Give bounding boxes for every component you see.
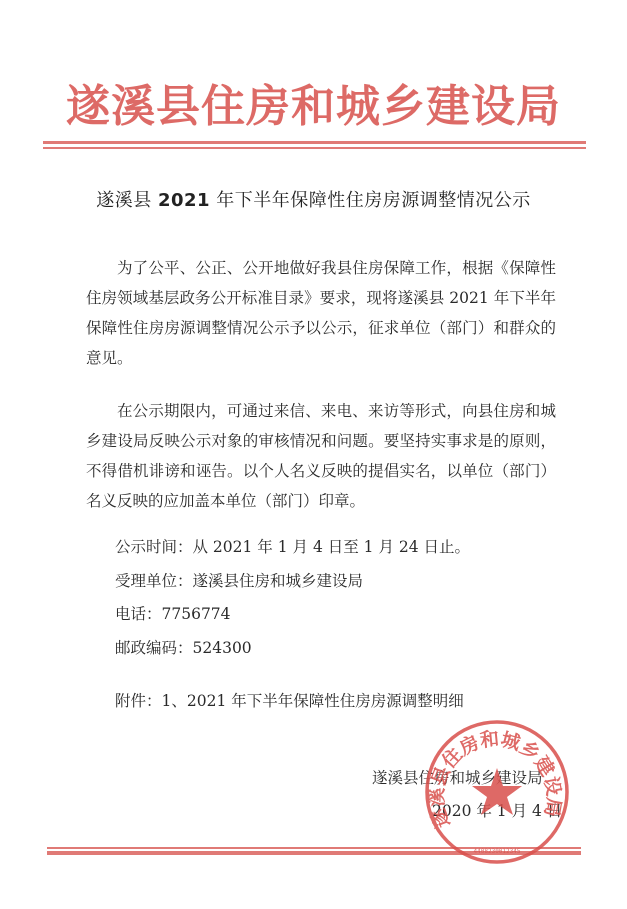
letterhead-divider-thin xyxy=(43,147,586,149)
attachment-line: 附件：1、2021 年下半年保障性住房房源调整明细 xyxy=(115,689,464,711)
handling-unit: 受理单位：遂溪县住房和城乡建设局 xyxy=(115,569,363,591)
title-prefix: 遂溪县 xyxy=(96,190,152,211)
letterhead-title: 遂溪县住房和城乡建设局 xyxy=(0,82,627,132)
official-seal-icon: 遂溪县住房和城乡建设局 4408230012345 xyxy=(423,718,571,866)
paragraph-feedback: 在公示期限内，可通过来信、来电、来访等形式，向县住房和城乡建设局反映公示对象的审… xyxy=(86,396,556,516)
title-year: 2021 xyxy=(158,190,210,211)
postal-code: 邮政编码：524300 xyxy=(115,636,252,658)
svg-text:4408230012345: 4408230012345 xyxy=(474,848,521,855)
paragraph-intro: 为了公平、公正、公开地做好我县住房保障工作，根据《保障性住房领域基层政务公开标准… xyxy=(86,253,556,373)
phone-number: 电话：7756774 xyxy=(115,602,231,624)
notice-period: 公示时间：从 2021 年 1 月 4 日至 1 月 24 日止。 xyxy=(115,535,470,557)
title-suffix: 年下半年保障性住房房源调整情况公示 xyxy=(216,190,531,211)
document-title: 遂溪县 2021 年下半年保障性住房房源调整情况公示 xyxy=(0,186,627,212)
letterhead-divider-thick xyxy=(43,141,586,144)
document-page: 遂溪县住房和城乡建设局 遂溪县 2021 年下半年保障性住房房源调整情况公示 为… xyxy=(0,0,627,909)
